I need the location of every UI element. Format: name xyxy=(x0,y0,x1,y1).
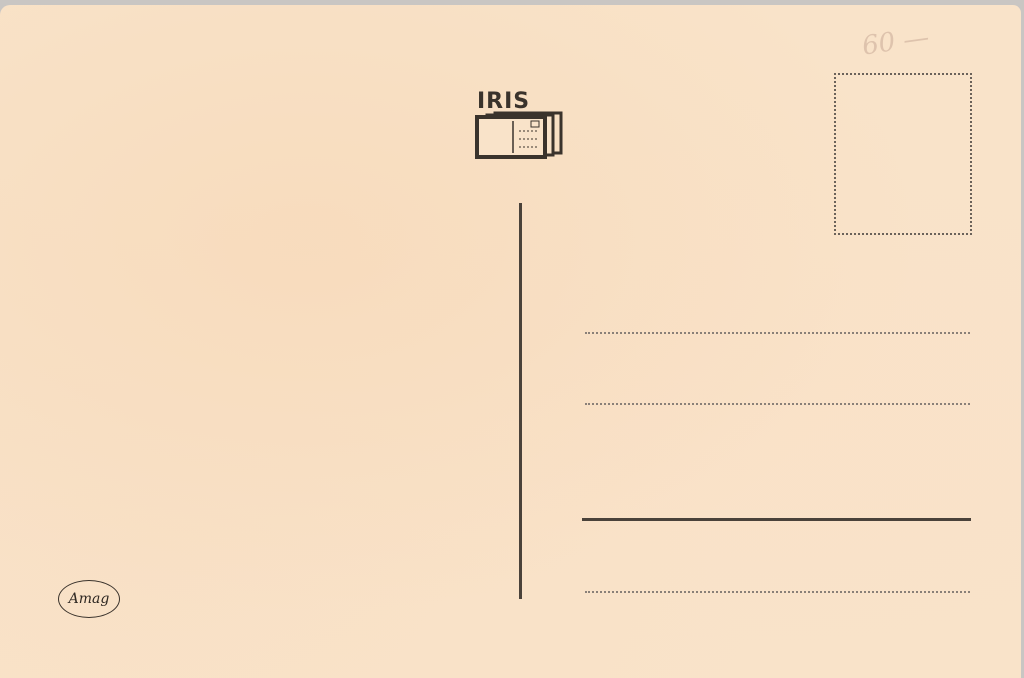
address-line-1 xyxy=(585,332,970,334)
address-line-3 xyxy=(582,518,971,521)
iris-publisher-logo: IRIS xyxy=(475,89,565,161)
center-divider-line xyxy=(519,203,522,599)
stamp-box xyxy=(834,73,972,235)
amag-printer-mark: Amag xyxy=(58,580,120,618)
address-line-4 xyxy=(585,591,970,593)
amag-text: Amag xyxy=(69,591,110,607)
postcard-stack-icon xyxy=(475,109,565,159)
pencil-note: 60 — xyxy=(860,22,931,61)
postcard-back: IRIS 60 — Amag xyxy=(0,5,1021,678)
address-line-2 xyxy=(585,403,970,405)
